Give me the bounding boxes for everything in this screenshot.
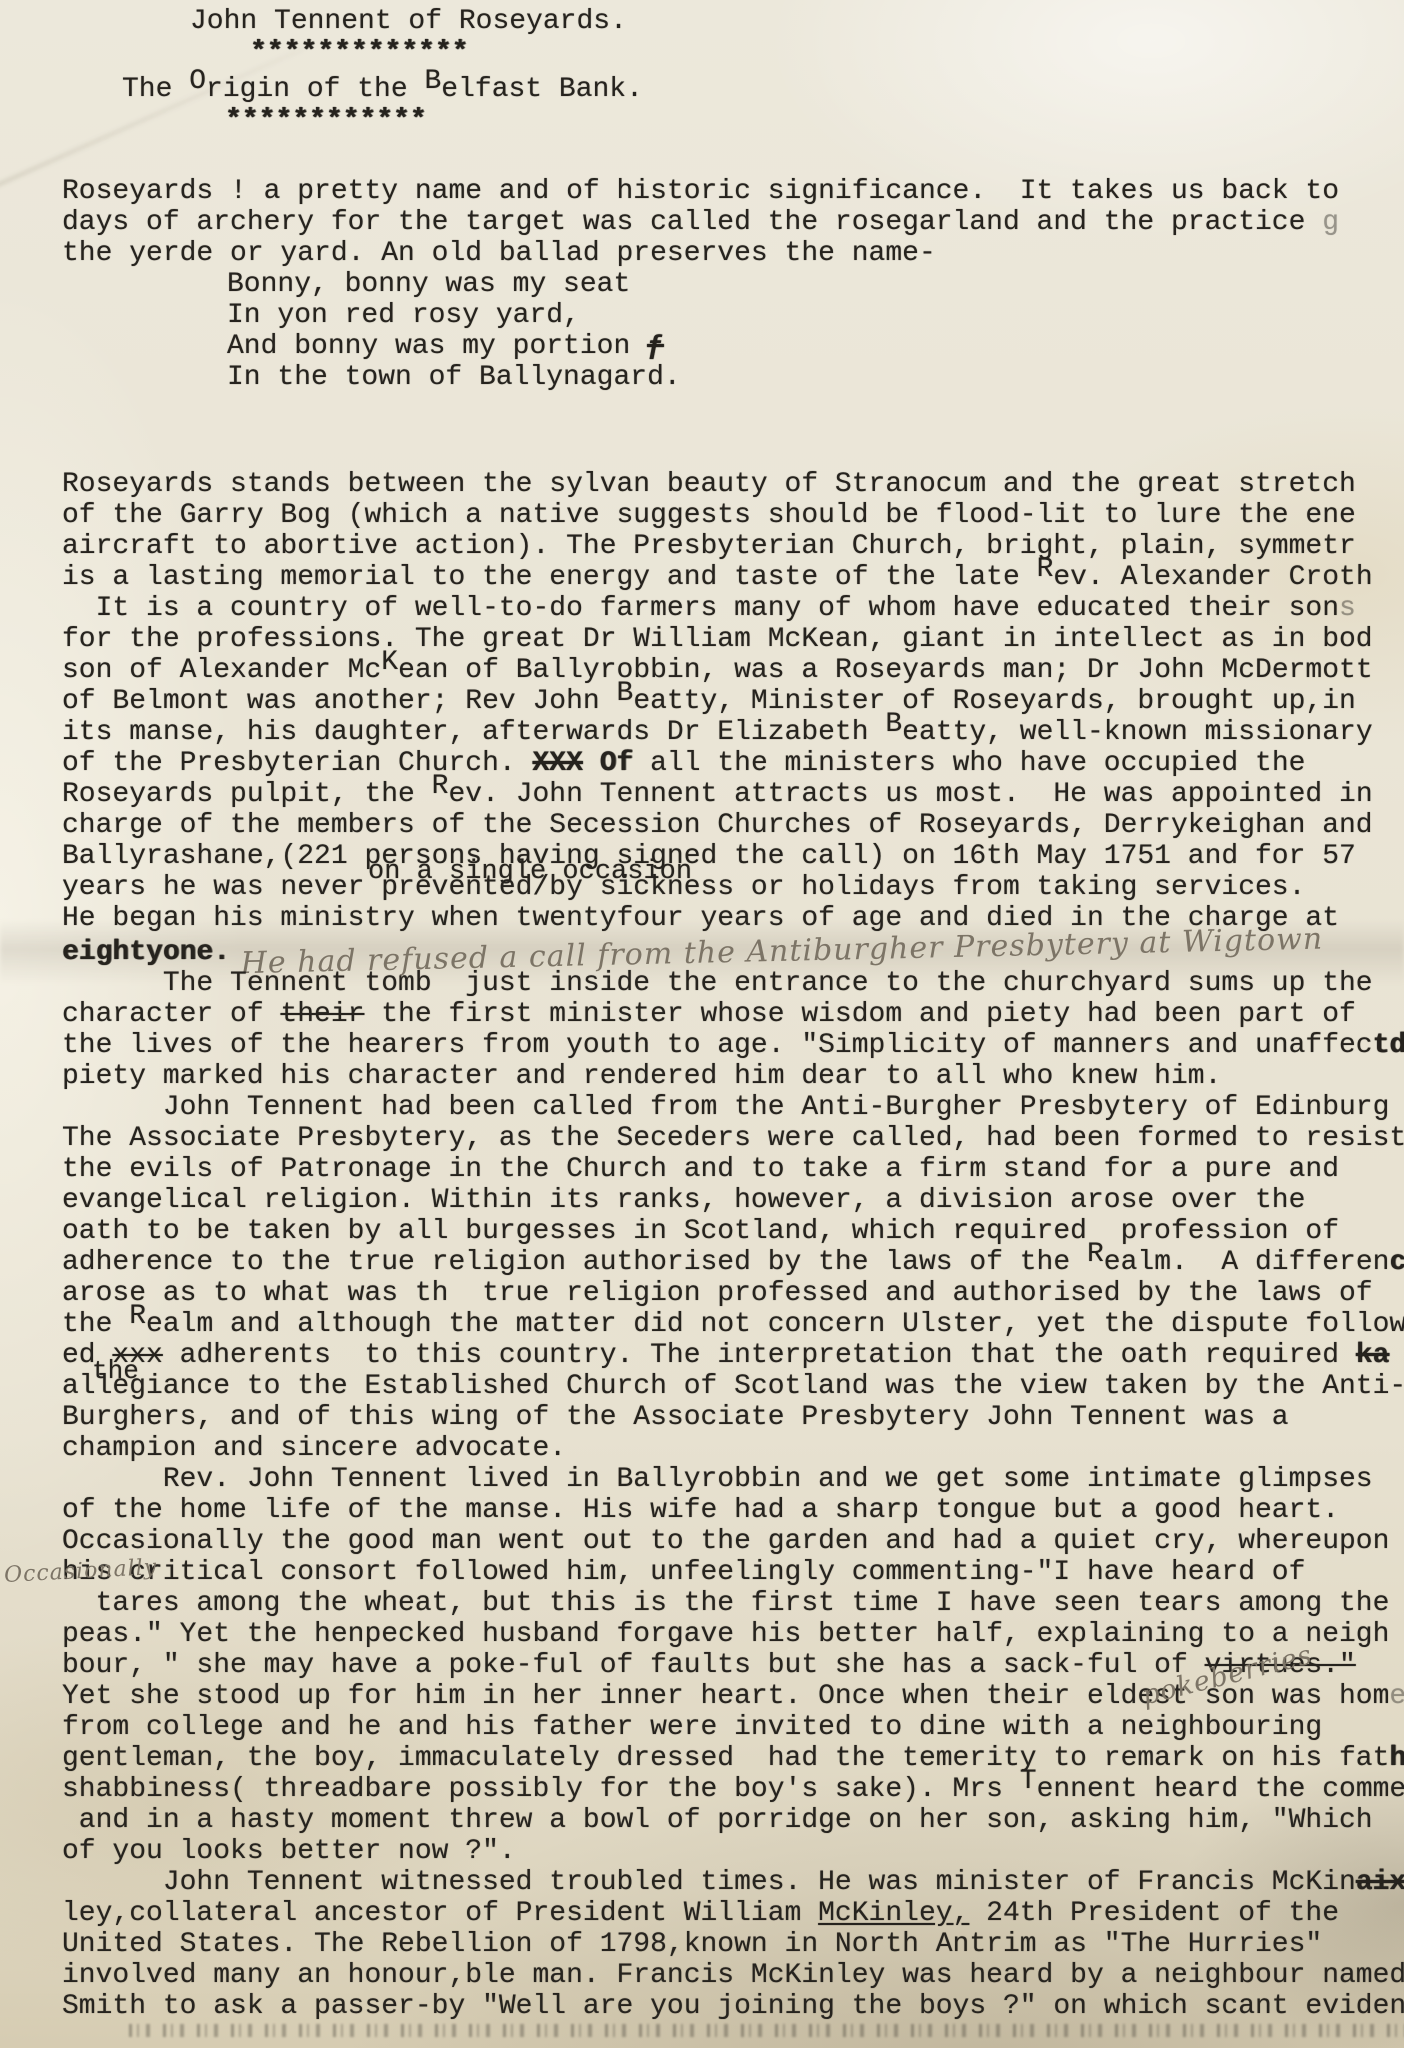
typed-text: is a lasting memorial to the energy and … bbox=[62, 562, 1037, 593]
typed-line: ************* bbox=[250, 37, 1404, 68]
typed-text: involved many an honour,ble man. Francis… bbox=[62, 1960, 1404, 1991]
typed-text: Roseyards pulpit, the bbox=[62, 779, 432, 810]
typed-text: Roseyards ! a pretty name and of histori… bbox=[62, 176, 1339, 207]
typed-text: his critical consort followed him, unfee… bbox=[62, 1557, 1305, 1588]
typed-line: son of Alexander McKean of Ballyrobbin, … bbox=[62, 655, 1404, 686]
typed-line: days of archery for the target was calle… bbox=[62, 207, 1404, 238]
typed-text: It is a country of well-to-do farmers ma… bbox=[62, 593, 1339, 624]
typed-text: gentleman, the boy, immaculately dressed… bbox=[62, 1743, 1389, 1774]
typed-line: Burghers, and of this wing of the Associ… bbox=[62, 1402, 1404, 1433]
typed-text: rigin of the bbox=[206, 74, 424, 105]
typed-text: T bbox=[1020, 1766, 1037, 1797]
typed-line: aircraft to abortive action). The Presby… bbox=[62, 531, 1404, 562]
typed-text: for the professions. The great Dr Willia… bbox=[62, 624, 1373, 655]
typed-line: In yon red rosy yard, bbox=[227, 300, 1404, 331]
typed-text: ka bbox=[1356, 1340, 1390, 1371]
typed-line: character of their the first minister wh… bbox=[62, 999, 1404, 1030]
typed-line: the evils of Patronage in the Church and… bbox=[62, 1154, 1404, 1185]
typed-line: adherence to the true religion authorise… bbox=[62, 1247, 1404, 1278]
typed-line: It is a country of well-to-do farmers ma… bbox=[62, 593, 1404, 624]
typed-text: ean of Ballyrobbin, was a Roseyards man;… bbox=[398, 655, 1373, 686]
typed-line: And bonny was my portion ƒ bbox=[227, 331, 1404, 362]
typed-text: of Belmont was another; Rev John bbox=[62, 686, 617, 717]
typed-text: character of bbox=[62, 999, 280, 1030]
typed-text: shabbiness( threadbare possibly for the … bbox=[62, 1774, 1020, 1805]
typed-text: K bbox=[381, 647, 398, 678]
typed-text: champion and sincere advocate. bbox=[62, 1433, 566, 1464]
typed-line: The Associate Presbytery, as the Seceder… bbox=[62, 1123, 1404, 1154]
typed-line: piety marked his character and rendered … bbox=[62, 1061, 1404, 1092]
typed-line: of the Garry Bog (which a native suggest… bbox=[62, 500, 1404, 531]
typed-text: The Tennent tomb just inside the entranc… bbox=[62, 968, 1373, 999]
spacer bbox=[62, 136, 1404, 176]
typed-line: on a single occasionyears he was never p… bbox=[62, 872, 1404, 903]
typed-line: Roseyards pulpit, the Rev. John Tennent … bbox=[62, 779, 1404, 810]
typed-line: is a lasting memorial to the energy and … bbox=[62, 562, 1404, 593]
typed-text: ealm and although the matter did not con… bbox=[146, 1309, 1404, 1340]
typed-text: charge of the members of the Secession C… bbox=[62, 810, 1373, 841]
typed-text: all the ministers who have occupied the bbox=[633, 748, 1305, 779]
typescript-scan-page: John Tennent of Roseyards.*************T… bbox=[0, 0, 1404, 2048]
typed-text: their bbox=[280, 999, 364, 1030]
typed-line: The Tennent tomb just inside the entranc… bbox=[62, 968, 1404, 999]
typed-line: Bonny, bonny was my seat bbox=[227, 269, 1404, 300]
typed-text: Ballyrashane,(221 persons having signed … bbox=[62, 841, 1356, 872]
typed-text: e bbox=[1389, 1681, 1404, 1712]
typed-line: evangelical religion. Within its ranks, … bbox=[62, 1185, 1404, 1216]
typed-line: In the town of Ballynagard. bbox=[227, 362, 1404, 393]
typed-text: days of archery for the target was calle… bbox=[62, 207, 1305, 238]
typed-text: B bbox=[617, 678, 634, 709]
typed-text: R bbox=[129, 1301, 146, 1332]
typed-text: ce bbox=[1389, 1247, 1404, 1278]
typed-text: peas." Yet the henpecked husband forgave… bbox=[62, 1619, 1389, 1650]
typed-text: bour, " she may have a poke-ful of fault… bbox=[62, 1650, 1205, 1681]
typed-line: charge of the members of the Secession C… bbox=[62, 810, 1404, 841]
typed-text: Occasionally the good man went out to th… bbox=[62, 1526, 1389, 1557]
typed-text: aixx bbox=[1356, 1867, 1404, 1898]
typed-text: of the Garry Bog (which a native suggest… bbox=[62, 500, 1356, 531]
typed-text: R bbox=[1037, 554, 1054, 585]
typed-line: and in a hasty moment threw a bowl of po… bbox=[62, 1805, 1404, 1836]
typed-text: arose as to what was th true religion pr… bbox=[62, 1278, 1373, 1309]
typed-text: of the Presbyterian Church. bbox=[62, 748, 532, 779]
typed-text: ev. John Tennent attracts us most. He wa… bbox=[448, 779, 1372, 810]
typed-text: adherence to the true religion authorise… bbox=[62, 1247, 1087, 1278]
typed-line: champion and sincere advocate. bbox=[62, 1433, 1404, 1464]
typed-text: John Tennent had been called from the An… bbox=[62, 1092, 1389, 1123]
typed-text: Roseyards stands between the sylvan beau… bbox=[62, 469, 1356, 500]
typed-text: s bbox=[1339, 593, 1356, 624]
typed-text: B bbox=[885, 709, 902, 740]
typed-line: Ballyrashane,(221 persons having signed … bbox=[62, 841, 1404, 872]
typed-line: involved many an honour,ble man. Francis… bbox=[62, 1960, 1404, 1991]
typed-line: Smith to ask a passer-by "Well are you j… bbox=[62, 1991, 1404, 2022]
typed-text: R bbox=[1087, 1239, 1104, 1270]
typed-text: ev. Alexander Croth bbox=[1053, 562, 1372, 593]
typed-text: td bbox=[1373, 1030, 1404, 1061]
typed-line: eightyone. He had refused a call from th… bbox=[62, 934, 1404, 968]
typed-text: John Tennent of Roseyards. bbox=[190, 6, 627, 37]
typed-text: United States. The Rebellion of 1798,kno… bbox=[62, 1929, 1322, 1960]
typed-text: The Associate Presbytery, as the Seceder… bbox=[62, 1123, 1404, 1154]
typed-text: ealm. A differen bbox=[1104, 1247, 1390, 1278]
typed-line: John Tennent witnessed troubled times. H… bbox=[62, 1867, 1404, 1898]
typed-text: ennent heard the comment bbox=[1037, 1774, 1404, 1805]
typed-line: of the home life of the manse. His wife … bbox=[62, 1495, 1404, 1526]
typed-text: her bbox=[1389, 1743, 1404, 1774]
typed-text: tares among the wheat, but this is the f… bbox=[62, 1588, 1389, 1619]
typed-line: John Tennent of Roseyards. bbox=[190, 6, 1404, 37]
typed-text: the lives of the hearers from youth to a… bbox=[62, 1030, 1373, 1061]
typed-line: Rev. John Tennent lived in Ballyrobbin a… bbox=[62, 1464, 1404, 1495]
typed-line: tares among the wheat, but this is the f… bbox=[62, 1588, 1404, 1619]
typed-text: ley,collateral ancestor of President Wil… bbox=[62, 1898, 818, 1929]
typed-text: O bbox=[189, 66, 206, 97]
typed-text: McKinley, bbox=[818, 1898, 969, 1929]
typed-text: Burghers, and of this wing of the Associ… bbox=[62, 1402, 1289, 1433]
typed-text: the first minister whose wisdom and piet… bbox=[364, 999, 1355, 1030]
typed-text: John Tennent witnessed troubled times. H… bbox=[62, 1867, 1356, 1898]
typed-line: gentleman, the boy, immaculately dressed… bbox=[62, 1743, 1404, 1774]
typed-lines: John Tennent of Roseyards.*************T… bbox=[0, 0, 1404, 2037]
typed-line: Occasionally the good man went out to th… bbox=[62, 1526, 1404, 1557]
annotation-text: on a single occasion bbox=[368, 857, 692, 888]
typed-text: Of bbox=[583, 748, 633, 779]
typed-text: R bbox=[432, 771, 449, 802]
clipped-partial-line bbox=[124, 2024, 1404, 2037]
typed-text: the bbox=[62, 1309, 129, 1340]
typed-text: from college and he and his father were … bbox=[62, 1712, 1322, 1743]
typed-text: the evils of Patronage in the Church and… bbox=[62, 1154, 1339, 1185]
typed-text: In the town of Ballynagard. bbox=[227, 362, 681, 393]
typed-line: ed xxx adherents to this country. The in… bbox=[62, 1340, 1404, 1371]
typed-line: its manse, his daughter, afterwards Dr E… bbox=[62, 717, 1404, 748]
typed-line: from college and he and his father were … bbox=[62, 1712, 1404, 1743]
typed-line: the lives of the hearers from youth to a… bbox=[62, 1030, 1404, 1061]
typed-text: of you looks better now ?". bbox=[62, 1836, 516, 1867]
typed-line: oath to be taken by all burgesses in Sco… bbox=[62, 1216, 1404, 1247]
typed-text: 24th President of the bbox=[969, 1898, 1339, 1929]
typed-line: ley,collateral ancestor of President Wil… bbox=[62, 1898, 1404, 1929]
spacer bbox=[62, 393, 1404, 469]
typed-text: allegiance to the Established Church of … bbox=[62, 1371, 1404, 1402]
typed-text: elfast Bank. bbox=[441, 74, 643, 105]
typed-text: the yerde or yard. An old ballad preserv… bbox=[62, 238, 936, 269]
typed-line: of the Presbyterian Church. XXX Of all t… bbox=[62, 748, 1404, 779]
typed-text: ************* bbox=[250, 37, 468, 68]
typed-line: allegiance to the Established Church of … bbox=[62, 1371, 1404, 1402]
typed-line: of you looks better now ?". bbox=[62, 1836, 1404, 1867]
typed-text: aircraft to abortive action). The Presby… bbox=[62, 531, 1356, 562]
typed-line: Roseyards ! a pretty name and of histori… bbox=[62, 176, 1404, 207]
typed-text: of the home life of the manse. His wife … bbox=[62, 1495, 1339, 1526]
typed-line: United States. The Rebellion of 1798,kno… bbox=[62, 1929, 1404, 1960]
typed-line: his critical consort followed him, unfee… bbox=[62, 1557, 1404, 1588]
typed-line: Roseyards stands between the sylvan beau… bbox=[62, 469, 1404, 500]
typed-text: adherents to this country. The interpret… bbox=[163, 1340, 1356, 1371]
typed-line: for the professions. The great Dr Willia… bbox=[62, 624, 1404, 655]
typed-line: of Belmont was another; Rev John Beatty,… bbox=[62, 686, 1404, 717]
typed-text: ƒ bbox=[647, 331, 664, 362]
typed-line: arose as to what was th true religion pr… bbox=[62, 1278, 1404, 1309]
typed-text: g bbox=[1305, 207, 1339, 238]
typed-text: XXX bbox=[532, 748, 582, 779]
typed-text: Rev. John Tennent lived in Ballyrobbin a… bbox=[62, 1464, 1373, 1495]
typed-line: John Tennent had been called from the An… bbox=[62, 1092, 1404, 1123]
typed-text: oath to be taken by all burgesses in Sco… bbox=[62, 1216, 1339, 1247]
typed-text: ************ bbox=[225, 105, 427, 136]
typed-line: ************ bbox=[225, 105, 1404, 136]
typed-line: the yerde or yard. An old ballad preserv… bbox=[62, 238, 1404, 269]
typed-text: eatty, Minister of Roseyards, brought up… bbox=[633, 686, 1356, 717]
typed-text: B bbox=[424, 66, 441, 97]
typed-line: shabbiness( threadbare possibly for the … bbox=[62, 1774, 1404, 1805]
typed-text: son of Alexander Mc bbox=[62, 655, 381, 686]
typed-text: In yon red rosy yard, bbox=[227, 300, 580, 331]
typed-line: peas." Yet the henpecked husband forgave… bbox=[62, 1619, 1404, 1650]
typed-text: Bonny, bonny was my seat bbox=[227, 269, 630, 300]
typed-text: piety marked his character and rendered … bbox=[62, 1061, 1221, 1092]
typed-line: the Realm and although the matter did no… bbox=[62, 1309, 1404, 1340]
typed-text: and in a hasty moment threw a bowl of po… bbox=[62, 1805, 1373, 1836]
typed-text: eatty, well-known missionary bbox=[902, 717, 1372, 748]
typed-text: Smith to ask a passer-by "Well are you j… bbox=[62, 1991, 1404, 2022]
typed-text: And bonny was my portion bbox=[227, 331, 647, 362]
typed-text: evangelical religion. Within its ranks, … bbox=[62, 1185, 1305, 1216]
typed-line: The Origin of the Belfast Bank. bbox=[122, 74, 1404, 105]
typed-text: eightyone. bbox=[62, 937, 230, 968]
typed-text: its manse, his daughter, afterwards Dr E… bbox=[62, 717, 885, 748]
typed-text: The bbox=[122, 74, 189, 105]
